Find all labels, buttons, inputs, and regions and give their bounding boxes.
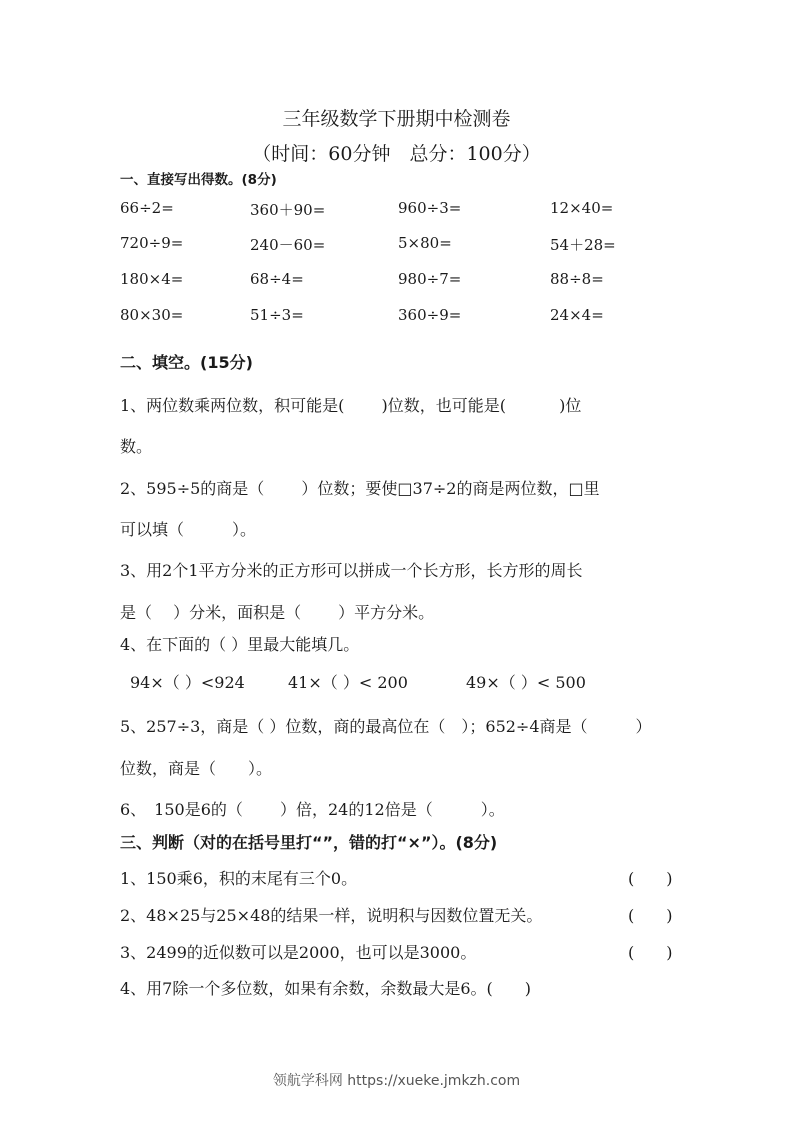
section3-heading: 三、判断（对的在括号里打“”，错的打“×”）。(8分)	[120, 830, 497, 853]
inequality-item: 94×（ ）<924	[130, 670, 245, 693]
judgment-item: 2、48×25与25×48的结果一样，说明积与因数位置无关。	[120, 903, 542, 926]
calc-item: 240－60=	[250, 234, 325, 255]
footer-watermark: 领航学科网 https://xueke.jmkzh.com	[0, 1070, 793, 1090]
judgment-item: 3、2499的近似数可以是2000，也可以是3000。	[120, 940, 476, 963]
question-line: 数。	[120, 434, 152, 457]
question-line: 是（ ）分米，面积是（ ）平方分米。	[120, 600, 434, 623]
page-title: 三年级数学下册期中检测卷	[0, 104, 793, 131]
inequality-item: 49×（ ）< 500	[466, 670, 586, 693]
question-line: 5、257÷3，商是（ ）位数，商的最高位在（ ）；652÷4商是（ ）	[120, 714, 652, 737]
calc-item: 5×80=	[398, 234, 452, 252]
calc-item: 12×40=	[550, 199, 613, 217]
calc-item: 960÷3=	[398, 199, 461, 217]
calc-item: 360÷9=	[398, 306, 461, 324]
question-line: 3、用2个1平方分米的正方形可以拼成一个长方形，长方形的周长	[120, 558, 583, 581]
question-line: 4、在下面的（ ）里最大能填几。	[120, 632, 359, 655]
calc-item: 54＋28=	[550, 234, 616, 255]
calc-item: 360＋90=	[250, 199, 325, 220]
calc-item: 88÷8=	[550, 270, 604, 288]
question-line: 可以填（ ）。	[120, 517, 256, 540]
question-line: 2、595÷5的商是（ ）位数；要使□37÷2的商是两位数，□里	[120, 476, 600, 499]
calc-item: 980÷7=	[398, 270, 461, 288]
question-line: 位数，商是（ ）。	[120, 756, 272, 779]
judgment-item: 1、150乘6，积的末尾有三个0。	[120, 866, 357, 889]
inequality-item: 41×（ ）< 200	[288, 670, 408, 693]
calc-item: 24×4=	[550, 306, 604, 324]
question-line: 6、 150是6的（ ）倍，24的12倍是（ ）。	[120, 797, 505, 820]
question-line: 1、两位数乘两位数，积可能是( )位数，也可能是( )位	[120, 393, 581, 416]
answer-paren: ( )	[628, 866, 673, 889]
exam-info: （时间：60分钟 总分：100分）	[0, 139, 793, 166]
calc-item: 68÷4=	[250, 270, 304, 288]
calc-item: 720÷9=	[120, 234, 183, 252]
section1-heading: 一、直接写出得数。(8分)	[120, 168, 277, 188]
answer-paren: ( )	[628, 940, 673, 963]
calc-item: 80×30=	[120, 306, 183, 324]
calc-item: 66÷2=	[120, 199, 174, 217]
calc-item: 180×4=	[120, 270, 183, 288]
section2-heading: 二、填空。(15分)	[120, 350, 253, 373]
calc-item: 51÷3=	[250, 306, 304, 324]
judgment-item: 4、用7除一个多位数，如果有余数，余数最大是6。( )	[120, 976, 531, 999]
answer-paren: ( )	[628, 903, 673, 926]
